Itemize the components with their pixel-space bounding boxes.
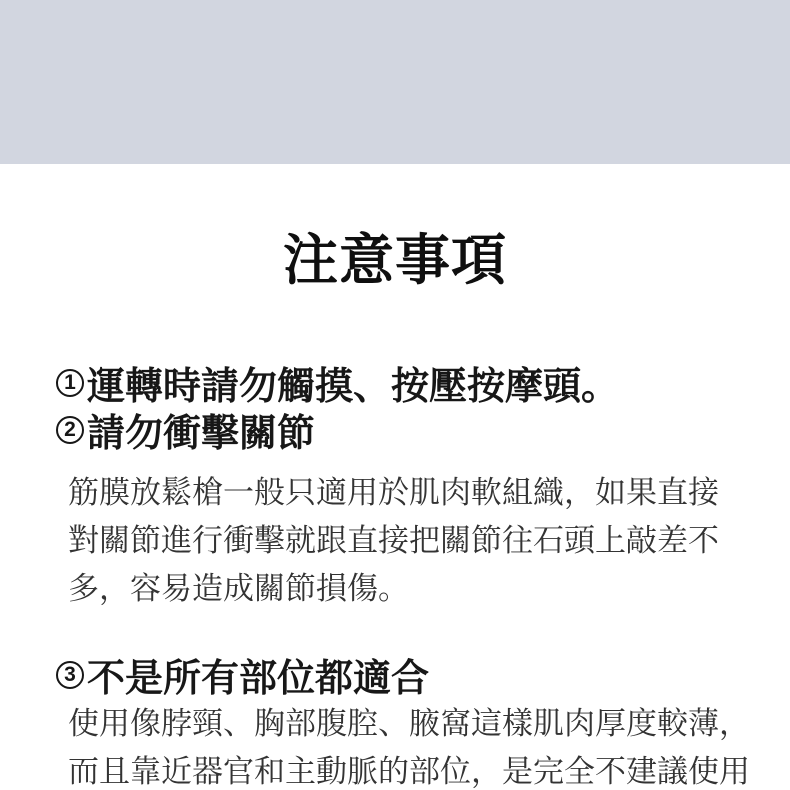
circled-number-3-icon: 3 bbox=[56, 661, 84, 689]
circled-number-1-icon: 1 bbox=[56, 369, 84, 397]
paragraph-line: 對關節進行衝擊就跟直接把關節往石頭上敲差不 bbox=[68, 517, 760, 565]
notice-document: 注意事項 1 運轉時請勿觸摸、按壓按摩頭。 2 請勿衝擊關節 筋膜放鬆槍一般只適… bbox=[0, 232, 790, 790]
circled-number-2-icon: 2 bbox=[56, 416, 84, 444]
paragraph-line: 使用像脖頸、胸部腹腔、腋窩這樣肌肉厚度較薄， bbox=[68, 700, 760, 748]
page-title: 注意事項 bbox=[0, 232, 790, 288]
notice-heading-3: 3 不是所有部位都適合 bbox=[56, 651, 760, 698]
circled-number-2-digit: 2 bbox=[64, 419, 76, 440]
notice-heading-1: 1 運轉時請勿觸摸、按壓按摩頭。 bbox=[56, 359, 760, 406]
notice-heading-3-label: 不是所有部位都適合 bbox=[87, 647, 429, 702]
notice-heading-2: 2 請勿衝擊關節 bbox=[56, 406, 760, 453]
paragraph-line: 而且靠近器官和主動脈的部位，是完全不建議使用 bbox=[68, 748, 760, 790]
circled-number-1-digit: 1 bbox=[64, 372, 76, 393]
notice-content: 1 運轉時請勿觸摸、按壓按摩頭。 2 請勿衝擊關節 筋膜放鬆槍一般只適用於肌肉軟… bbox=[0, 359, 790, 790]
notice-heading-2-label: 請勿衝擊關節 bbox=[87, 402, 315, 457]
notice-paragraph-body-areas: 使用像脖頸、胸部腹腔、腋窩這樣肌肉厚度較薄， 而且靠近器官和主動脈的部位，是完全… bbox=[68, 700, 760, 790]
circled-number-3-digit: 3 bbox=[64, 664, 76, 685]
notice-paragraph-joint: 筋膜放鬆槍一般只適用於肌肉軟組織，如果直接 對關節進行衝擊就跟直接把關節往石頭上… bbox=[68, 469, 760, 613]
top-banner bbox=[0, 0, 790, 164]
paragraph-line: 筋膜放鬆槍一般只適用於肌肉軟組織，如果直接 bbox=[68, 469, 760, 517]
paragraph-line: 多，容易造成關節損傷。 bbox=[68, 565, 760, 613]
